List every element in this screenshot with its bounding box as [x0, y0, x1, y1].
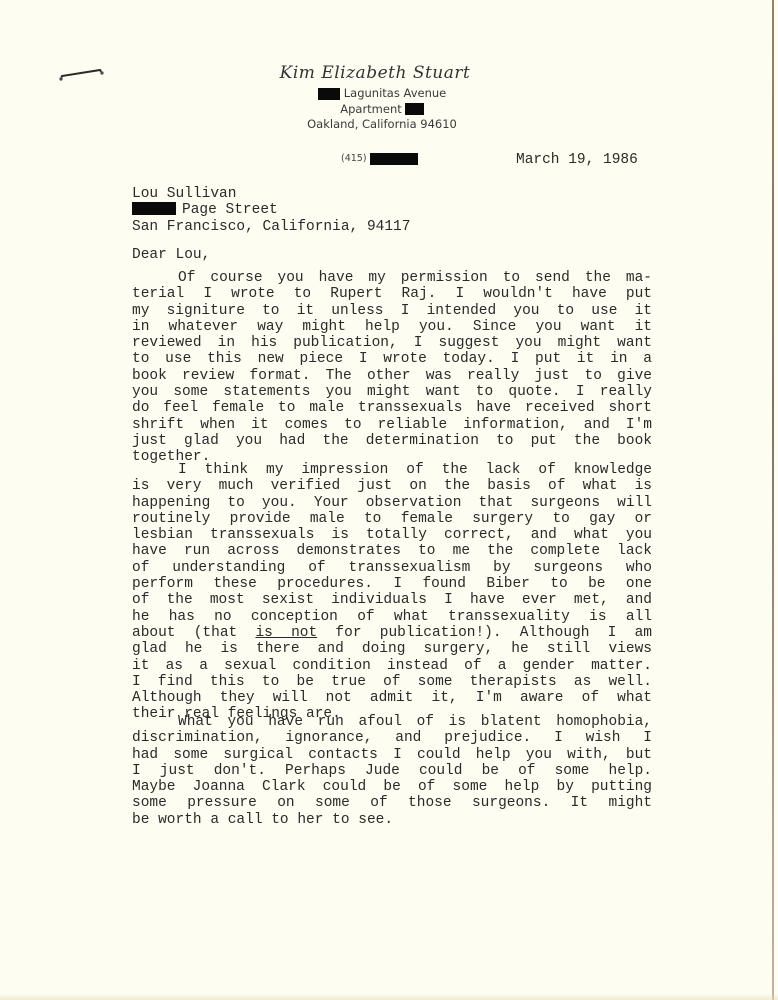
text-line: shrift when it comes to reliable informa… [132, 417, 652, 433]
text-line: be worth a call to her to see. [132, 812, 652, 828]
redaction-bar [132, 202, 176, 215]
text-line: do feel female to male transsexuals have… [132, 400, 652, 416]
recipient-street-line: Page Street [132, 202, 410, 218]
text-line: to use this new piece I wrote today. I p… [132, 351, 652, 367]
text-line: just glad you had the determination to p… [132, 433, 652, 449]
text-line: have run across demonstrates to me the c… [132, 543, 652, 559]
text-line-with-underline: about (that is not for publication!). Al… [132, 625, 652, 641]
text-line: of the most sexist individuals I have ev… [132, 592, 652, 608]
text-line: reviewed in his publication, I suggest y… [132, 335, 652, 351]
text-line: I think my impression of the lack of kno… [132, 462, 652, 478]
redaction-bar [370, 153, 418, 165]
text-line: is very much verified just on the basis … [132, 478, 652, 494]
text-line: Of course you have my permission to send… [132, 270, 652, 286]
text-line: of understanding of transsexualism by su… [132, 560, 652, 576]
text-line: in whatever way might help you. Since yo… [132, 319, 652, 335]
text-line: he has no conception of what transsexual… [132, 609, 652, 625]
page-edge [772, 0, 774, 1000]
sender-street-line: Lagunitas Avenue [250, 86, 500, 102]
text-line: terial I wrote to Rupert Raj. I wouldn't… [132, 286, 652, 302]
text-line: glad he is there and doing surgery, he s… [132, 641, 652, 657]
staple-icon [58, 68, 106, 82]
text-fragment: for publication!). Although I am [317, 625, 652, 641]
sender-apartment-line: Apartment [250, 102, 500, 118]
text-line: Although they will not admit it, I'm awa… [132, 690, 652, 706]
phone-area-code: (415) [341, 153, 367, 164]
text-line: perform these procedures. I found Biber … [132, 576, 652, 592]
letter-date: March 19, 1986 [516, 152, 638, 168]
recipient-name: Lou Sullivan [132, 186, 410, 202]
text-line: had some surgical contacts I could help … [132, 747, 652, 763]
text-line: discrimination, ignorance, and prejudice… [132, 730, 652, 746]
text-line: it as a sexual condition instead of a ge… [132, 658, 652, 674]
paragraph-1: Of course you have my permission to send… [132, 270, 652, 466]
text-line: I find this to be true of some therapist… [132, 674, 652, 690]
letterhead: Kim Elizabeth Stuart Lagunitas Avenue Ap… [250, 60, 500, 133]
underlined-text: is not [255, 625, 317, 641]
sender-phone: (415) [341, 152, 418, 166]
sender-city: Oakland, California 94610 [250, 117, 500, 133]
redaction-bar [318, 88, 340, 100]
text-line: happening to you. Your observation that … [132, 495, 652, 511]
recipient-street: Page Street [182, 202, 278, 218]
text-line: some pressure on some of those surgeons.… [132, 795, 652, 811]
paragraph-2: I think my impression of the lack of kno… [132, 462, 652, 723]
recipient-city: San Francisco, California, 94117 [132, 219, 410, 235]
redaction-bar [405, 103, 424, 115]
text-line: book review format. The other was really… [132, 368, 652, 384]
page-bottom-edge [0, 994, 778, 1000]
text-line: Maybe Joanna Clark could be of some help… [132, 779, 652, 795]
text-line: I just don't. Perhaps Jude could be of s… [132, 763, 652, 779]
recipient-address: Lou SullivanPage StreetSan Francisco, Ca… [132, 186, 410, 235]
salutation: Dear Lou, [132, 247, 210, 263]
text-line: you some statements you might want to qu… [132, 384, 652, 400]
sender-street: Lagunitas Avenue [344, 86, 446, 100]
sender-name: Kim Elizabeth Stuart [250, 60, 500, 86]
paragraph-3: What you have run afoul of is blatent ho… [132, 714, 652, 828]
text-line: lesbian transsexuals is totally correct,… [132, 527, 652, 543]
text-fragment: about (that [132, 625, 255, 641]
text-line: What you have run afoul of is blatent ho… [132, 714, 652, 730]
text-line: routinely provide male to female surgery… [132, 511, 652, 527]
sender-apartment: Apartment [340, 102, 402, 116]
text-line: my signiture to it unless I intended you… [132, 303, 652, 319]
